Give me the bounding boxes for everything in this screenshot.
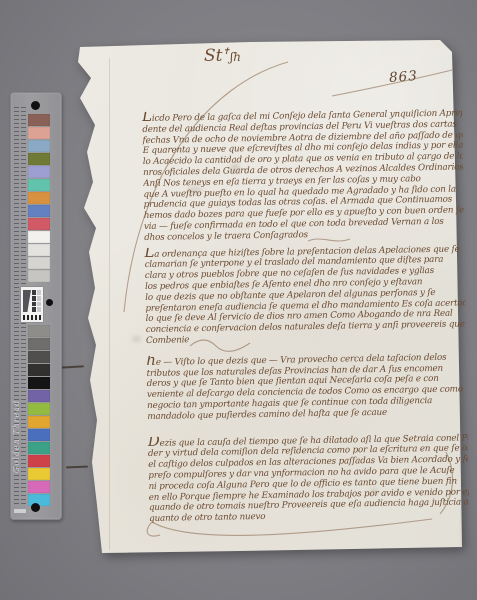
color-patch-column-top (28, 114, 50, 283)
photo-background: St✝ʃh 863 Licdo Pero de la gaſca del mi … (0, 0, 477, 600)
paragraph-4: Dezis que la cauſa del tiempo que ſe ha … (148, 431, 469, 525)
paper-stain (132, 336, 141, 342)
color-patch-red (28, 218, 50, 230)
mini-checker-row (23, 315, 41, 320)
color-patch-yellow (28, 468, 50, 480)
color-patch-sea-green (28, 442, 50, 454)
color-patch-magenta (28, 481, 50, 493)
color-patch-blue-2 (28, 429, 50, 441)
color-patch-gray-3 (28, 270, 50, 282)
color-patch-green (28, 403, 50, 415)
cross-icon: ✝ (222, 47, 230, 57)
target-bottom-tag (14, 509, 26, 513)
color-calibration-target: Golden Thread (10, 92, 62, 520)
invocation-monogram: St✝ʃh (204, 46, 241, 66)
color-patch-white (28, 231, 50, 243)
registration-dot-bottom (31, 503, 40, 512)
target-brand-script: Golden Thread (12, 387, 21, 473)
color-patch-aqua (28, 179, 50, 191)
color-patch-purple (28, 390, 50, 402)
color-patch-gray-2 (28, 257, 50, 269)
paragraph-3: he — Viſto lo que dezis que — Vra provec… (146, 350, 467, 422)
color-patch-amber (28, 416, 50, 428)
color-patch-black (28, 377, 50, 389)
registration-dot-top (31, 101, 40, 110)
color-patch-gray-4 (28, 325, 50, 337)
color-patch-steel-blue (28, 140, 50, 152)
color-patch-gray-6 (28, 351, 50, 363)
color-patch-gray-5 (28, 338, 50, 350)
fold-crease (109, 58, 110, 550)
mini-patch-grid (32, 290, 41, 312)
color-patch-lavender (28, 166, 50, 178)
color-patch-brown (28, 114, 50, 126)
folio-number: 863 (388, 68, 418, 86)
wedge-mark (23, 290, 31, 312)
resolution-target (21, 287, 43, 322)
color-patch-salmon (28, 127, 50, 139)
invocation-letters: St (204, 46, 222, 66)
color-patch-orange (28, 192, 50, 204)
color-patch-gray-1 (28, 244, 50, 256)
color-patch-column-bottom (28, 325, 50, 507)
paragraph-2: La ordenança que hiziſtes ſobre la preſe… (144, 242, 466, 347)
invocation-flourish: ʃh (230, 50, 241, 64)
color-patch-blue (28, 205, 50, 217)
paragraph-1: Licdo Pero de la gaſca del mi Conſejo de… (142, 106, 464, 243)
color-patch-olive (28, 153, 50, 165)
color-patch-red-2 (28, 455, 50, 467)
registration-dot-middle (46, 299, 53, 306)
manuscript-text: Licdo Pero de la gaſca del mi Conſejo de… (142, 106, 469, 524)
color-patch-gray-7 (28, 364, 50, 376)
